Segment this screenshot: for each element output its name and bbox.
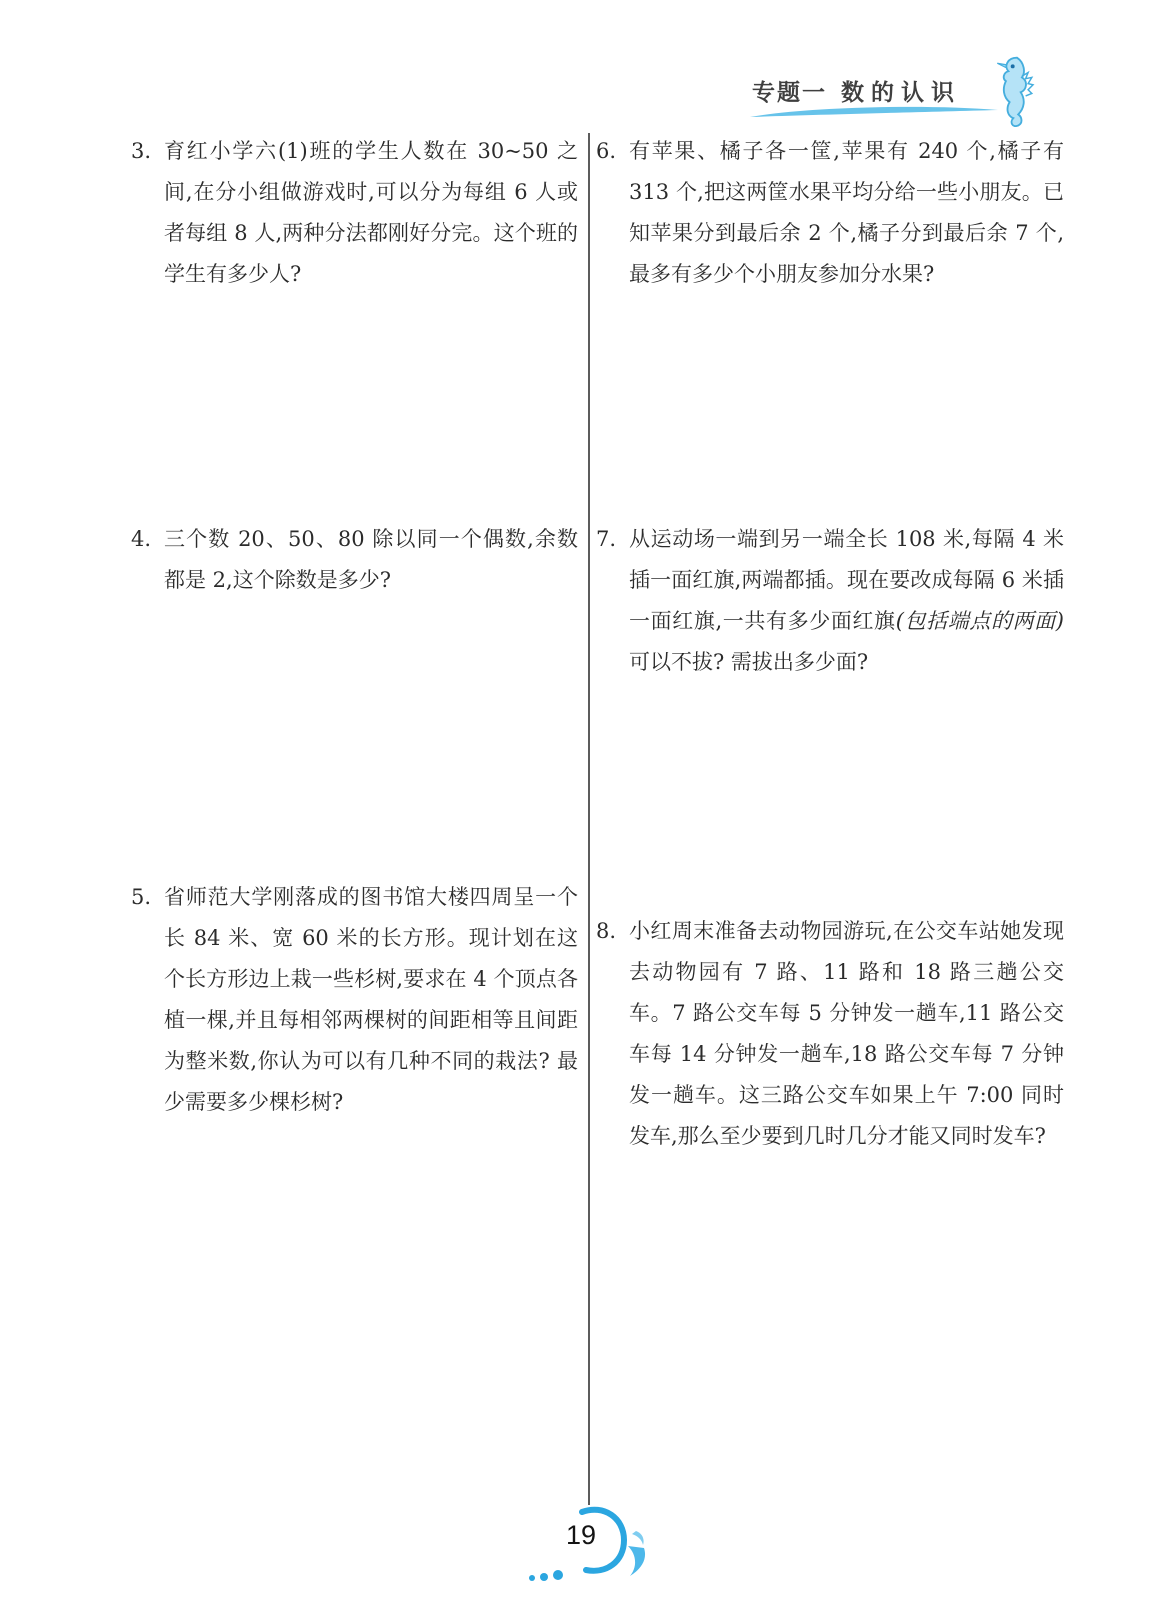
- problem-4: 4. 三个数 20、50、80 除以同一个偶数,余数都是 2,这个除数是多少?: [131, 519, 578, 601]
- problem-8: 8. 小红周末准备去动物园游玩,在公交车站她发现去动物园有 7 路、11 路和 …: [596, 911, 1064, 1157]
- problem-number: 8.: [596, 911, 629, 1157]
- problem-5: 5. 省师范大学刚落成的图书馆大楼四周呈一个长 84 米、宽 60 米的长方形。…: [131, 877, 578, 1123]
- section-title: 专题一数的认识: [752, 74, 1002, 107]
- problem-6: 6. 有苹果、橘子各一筐,苹果有 240 个,橘子有 313 个,把这两筐水果平…: [596, 131, 1064, 295]
- problem-3: 3. 育红小学六(1)班的学生人数在 30~50 之间,在分小组做游戏时,可以分…: [131, 131, 578, 295]
- problem-text: 小红周末准备去动物园游玩,在公交车站她发现去动物园有 7 路、11 路和 18 …: [629, 911, 1064, 1157]
- problem-7: 7. 从运动场一端到另一端全长 108 米,每隔 4 米插一面红旗,两端都插。现…: [596, 519, 1064, 683]
- page-number: 19: [566, 1520, 596, 1551]
- problem-number: 4.: [131, 519, 164, 601]
- problem-text-main: 有苹果、橘子各一筐,苹果有 240 个,橘子有 313 个,把这两筐水果平均分给…: [629, 139, 1064, 286]
- problem-text-tail: 可以不拔? 需拔出多少面?: [629, 650, 868, 674]
- seahorse-icon: [992, 54, 1042, 128]
- section-title-part1: 专题一: [752, 79, 827, 105]
- column-divider: [588, 133, 590, 1505]
- section-title-part2: 数的认识: [841, 79, 961, 105]
- problem-number: 6.: [596, 131, 629, 295]
- problem-text: 三个数 20、50、80 除以同一个偶数,余数都是 2,这个除数是多少?: [164, 519, 578, 601]
- problem-text: 有苹果、橘子各一筐,苹果有 240 个,橘子有 313 个,把这两筐水果平均分给…: [629, 131, 1064, 295]
- problem-text-main: 三个数 20、50、80 除以同一个偶数,余数都是 2,这个除数是多少?: [164, 527, 578, 592]
- problem-text: 省师范大学刚落成的图书馆大楼四周呈一个长 84 米、宽 60 米的长方形。现计划…: [164, 877, 578, 1123]
- problem-text-main: 育红小学六(1)班的学生人数在 30~50 之间,在分小组做游戏时,可以分为每组…: [164, 139, 578, 286]
- problem-number: 7.: [596, 519, 629, 683]
- underline-swoosh: [748, 104, 1000, 120]
- problem-text-parenthetical: (包括端点的两面): [896, 609, 1064, 633]
- page-footer: 19: [520, 1498, 670, 1590]
- workbook-page: 专题一数的认识 3. 育红小学六(1)班的学生人数在 30~50 之间,在分小组…: [0, 0, 1170, 1600]
- problem-text-main: 省师范大学刚落成的图书馆大楼四周呈一个长 84 米、宽 60 米的长方形。现计划…: [164, 885, 578, 1114]
- problem-number: 5.: [131, 877, 164, 1123]
- problem-text: 从运动场一端到另一端全长 108 米,每隔 4 米插一面红旗,两端都插。现在要改…: [629, 519, 1064, 683]
- problem-number: 3.: [131, 131, 164, 295]
- problem-text-main: 小红周末准备去动物园游玩,在公交车站她发现去动物园有 7 路、11 路和 18 …: [629, 919, 1064, 1148]
- problem-text: 育红小学六(1)班的学生人数在 30~50 之间,在分小组做游戏时,可以分为每组…: [164, 131, 578, 295]
